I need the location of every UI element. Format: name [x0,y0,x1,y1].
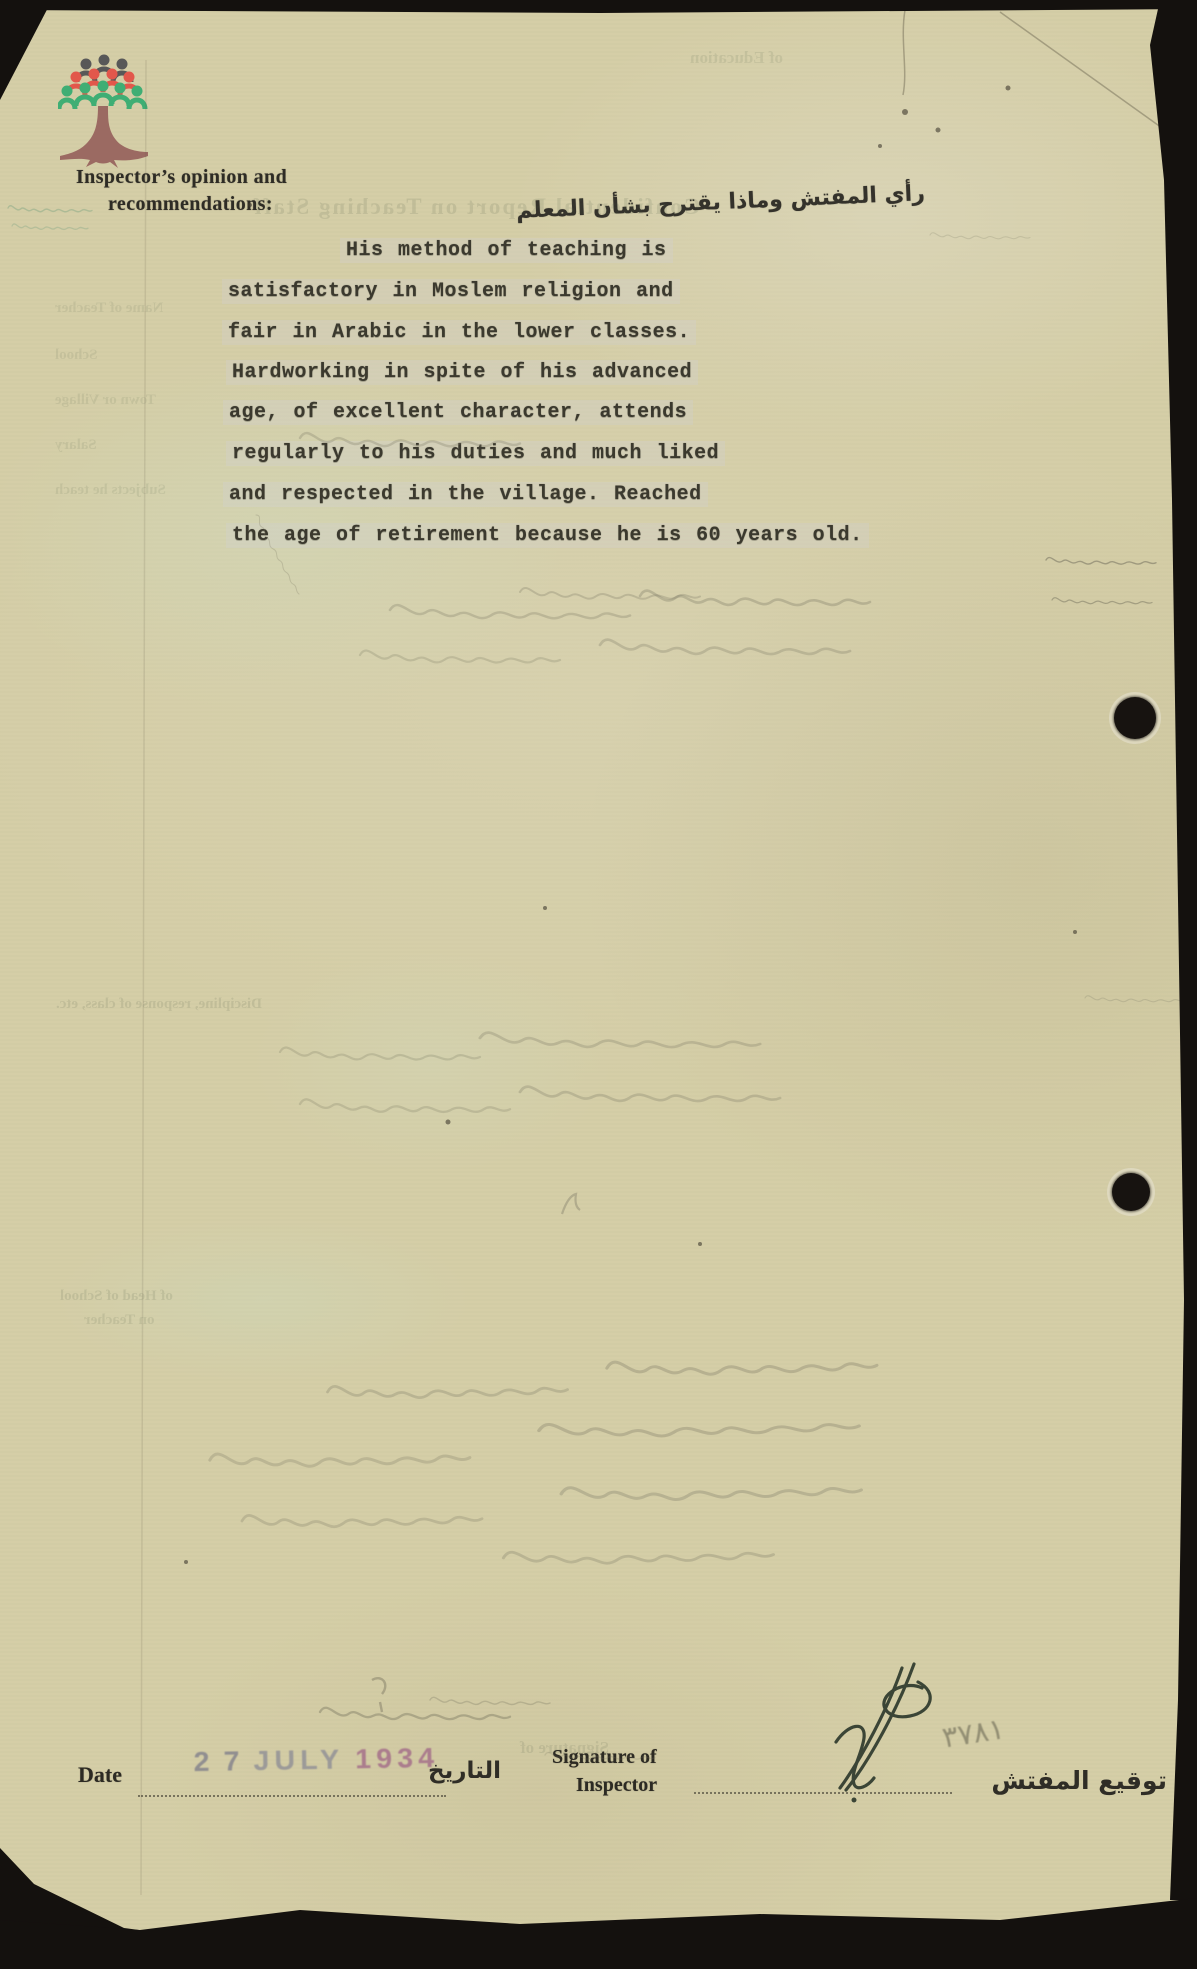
pencil-handwriting-block [207,1353,884,1577]
ink-specks [184,86,1077,1565]
paper-crease [141,10,1190,1895]
scan-border [0,0,1197,1969]
scanned-document-page: Inspector’s opinion and recommendations:… [0,0,1197,1969]
pencil-footer-scribble [320,1678,655,1759]
pencil-handwriting [253,233,1185,1214]
inspector-signature [836,1664,930,1803]
logo-watermark-scribble [8,206,92,230]
scan-artifacts-overlay [0,0,1197,1969]
pencil-margin-notes [1046,558,1156,604]
